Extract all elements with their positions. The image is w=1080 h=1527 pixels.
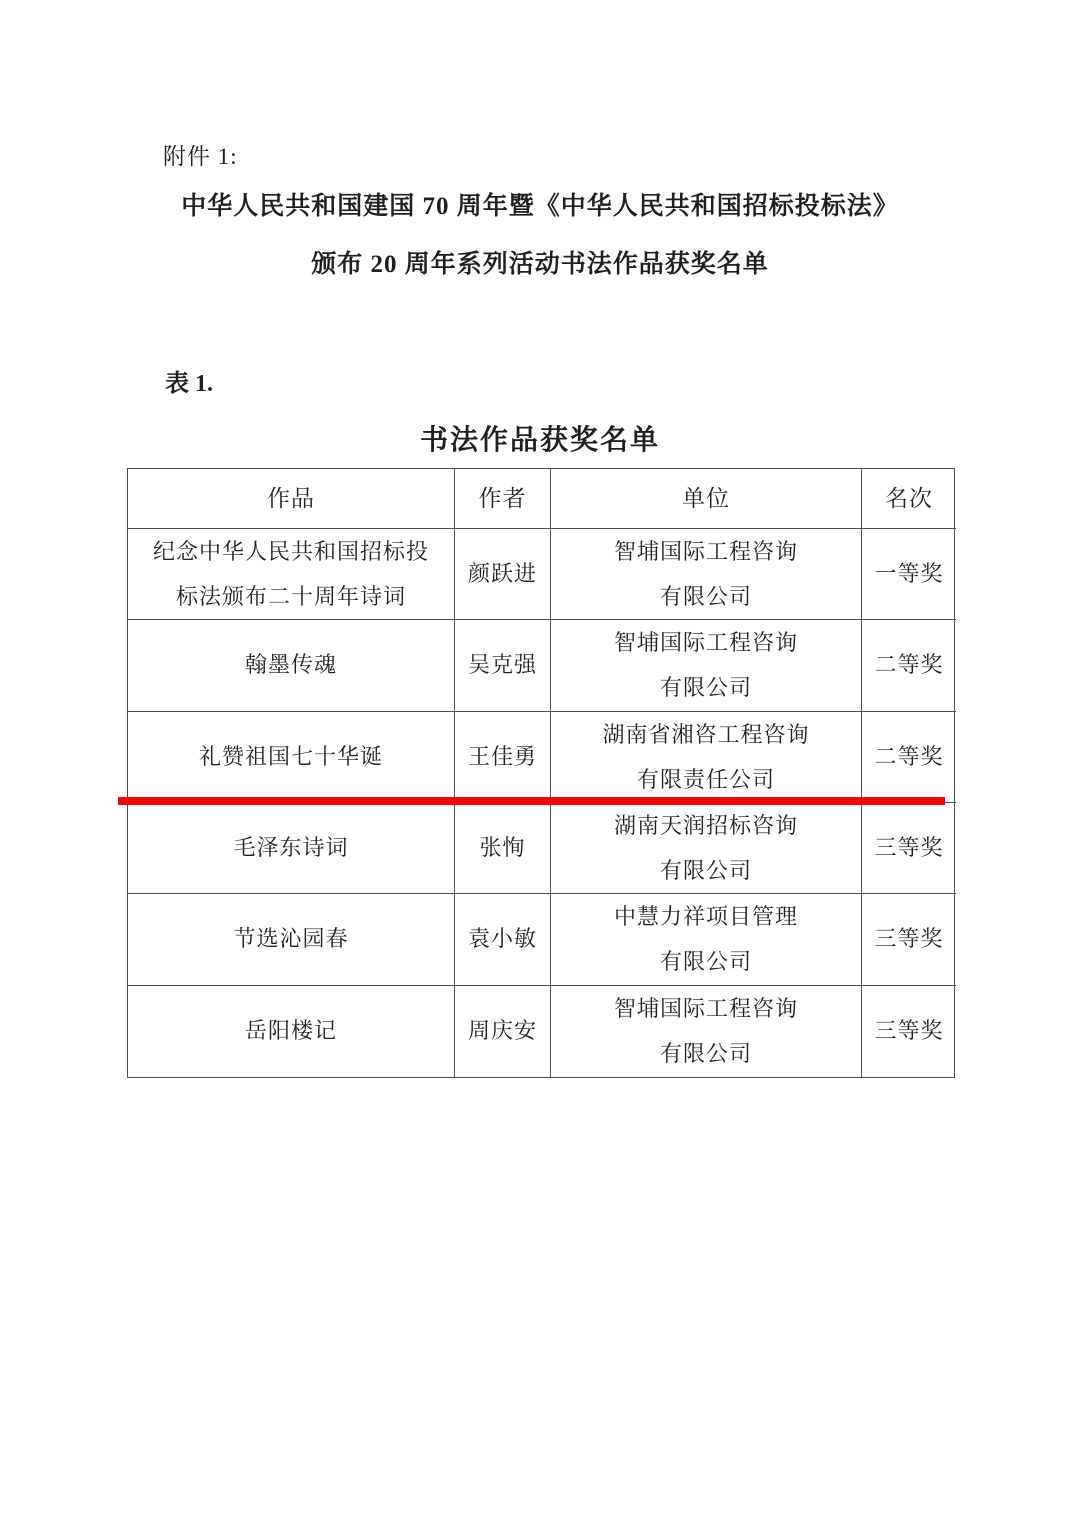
rank-cell: 三等奖 [862,894,956,985]
rank-text: 二等奖 [874,651,943,679]
author-text: 袁小敏 [468,925,537,953]
attachment-label: 附件 1: [163,138,238,171]
work-text: 岳阳楼记 [245,1017,337,1045]
unit-text: 中慧力祥项目管理 [614,894,798,939]
rank-text: 三等奖 [874,834,943,862]
rank-cell: 一等奖 [862,529,956,620]
unit-cell: 中慧力祥项目管理 有限公司 [551,894,862,985]
author-text: 王佳勇 [468,743,537,771]
rank-cell: 三等奖 [862,803,956,894]
work-text: 纪念中华人民共和国招标投 [153,529,429,574]
unit-text: 湖南天润招标咨询 [614,803,798,848]
column-header-author: 作者 [455,469,551,529]
author-cell: 张恂 [455,803,551,894]
work-cell: 翰墨传魂 [128,620,455,711]
rank-cell: 二等奖 [862,620,956,711]
column-header-unit: 单位 [551,469,862,529]
work-text: 标法颁布二十周年诗词 [176,574,406,619]
unit-text: 有限公司 [660,665,752,710]
rank-cell: 三等奖 [862,986,956,1077]
unit-text: 智埔国际工程咨询 [614,529,798,574]
unit-text: 有限公司 [660,1031,752,1076]
author-cell: 王佳勇 [455,712,551,803]
work-text: 节选沁园春 [233,925,348,953]
table-label: 表 1. [165,363,213,398]
awards-table: 作品 作者 单位 名次 纪念中华人民共和国招标投 标法颁布二十周年诗词 颜跃进 … [127,468,955,1078]
unit-text: 湖南省湘咨工程咨询 [602,712,809,757]
author-cell: 颜跃进 [455,529,551,620]
column-header-author-label: 作者 [479,485,527,513]
rank-text: 一等奖 [874,560,943,588]
author-text: 颜跃进 [468,560,537,588]
work-cell: 节选沁园春 [128,894,455,985]
rank-text: 三等奖 [874,925,943,953]
work-cell: 毛泽东诗词 [128,803,455,894]
unit-text: 智埔国际工程咨询 [614,620,798,665]
column-header-rank: 名次 [862,469,956,529]
unit-text: 有限公司 [660,939,752,984]
red-underline-annotation [118,797,945,805]
unit-text: 有限责任公司 [637,757,775,802]
author-cell: 袁小敏 [455,894,551,985]
column-header-work: 作品 [128,469,455,529]
document-title-line2: 颁布 20 周年系列活动书法作品获奖名单 [0,248,1080,282]
unit-text: 有限公司 [660,574,752,619]
author-text: 张恂 [479,834,525,862]
work-cell: 岳阳楼记 [128,986,455,1077]
work-text: 翰墨传魂 [245,651,337,679]
column-header-rank-label: 名次 [885,485,933,513]
work-text: 毛泽东诗词 [233,834,348,862]
document-title: 中华人民共和国建国 70 周年暨《中华人民共和国招标投标法》 颁布 20 周年系… [0,190,1080,282]
unit-cell: 智埔国际工程咨询 有限公司 [551,620,862,711]
author-text: 周庆安 [468,1017,537,1045]
table-title: 书法作品获奖名单 [0,418,1080,458]
rank-cell: 二等奖 [862,712,956,803]
unit-cell: 智埔国际工程咨询 有限公司 [551,986,862,1077]
work-cell: 纪念中华人民共和国招标投 标法颁布二十周年诗词 [128,529,455,620]
work-cell: 礼赞祖国七十华诞 [128,712,455,803]
unit-cell: 智埔国际工程咨询 有限公司 [551,529,862,620]
unit-text: 有限公司 [660,848,752,893]
unit-cell: 湖南省湘咨工程咨询 有限责任公司 [551,712,862,803]
column-header-work-label: 作品 [267,485,315,513]
author-cell: 周庆安 [455,986,551,1077]
author-cell: 吴克强 [455,620,551,711]
rank-text: 三等奖 [874,1017,943,1045]
author-text: 吴克强 [468,651,537,679]
document-page: 附件 1: 中华人民共和国建国 70 周年暨《中华人民共和国招标投标法》 颁布 … [0,0,1080,1527]
rank-text: 二等奖 [874,743,943,771]
document-title-line1: 中华人民共和国建国 70 周年暨《中华人民共和国招标投标法》 [0,190,1080,224]
column-header-unit-label: 单位 [682,485,730,513]
unit-text: 智埔国际工程咨询 [614,986,798,1031]
work-text: 礼赞祖国七十华诞 [199,743,383,771]
unit-cell: 湖南天润招标咨询 有限公司 [551,803,862,894]
